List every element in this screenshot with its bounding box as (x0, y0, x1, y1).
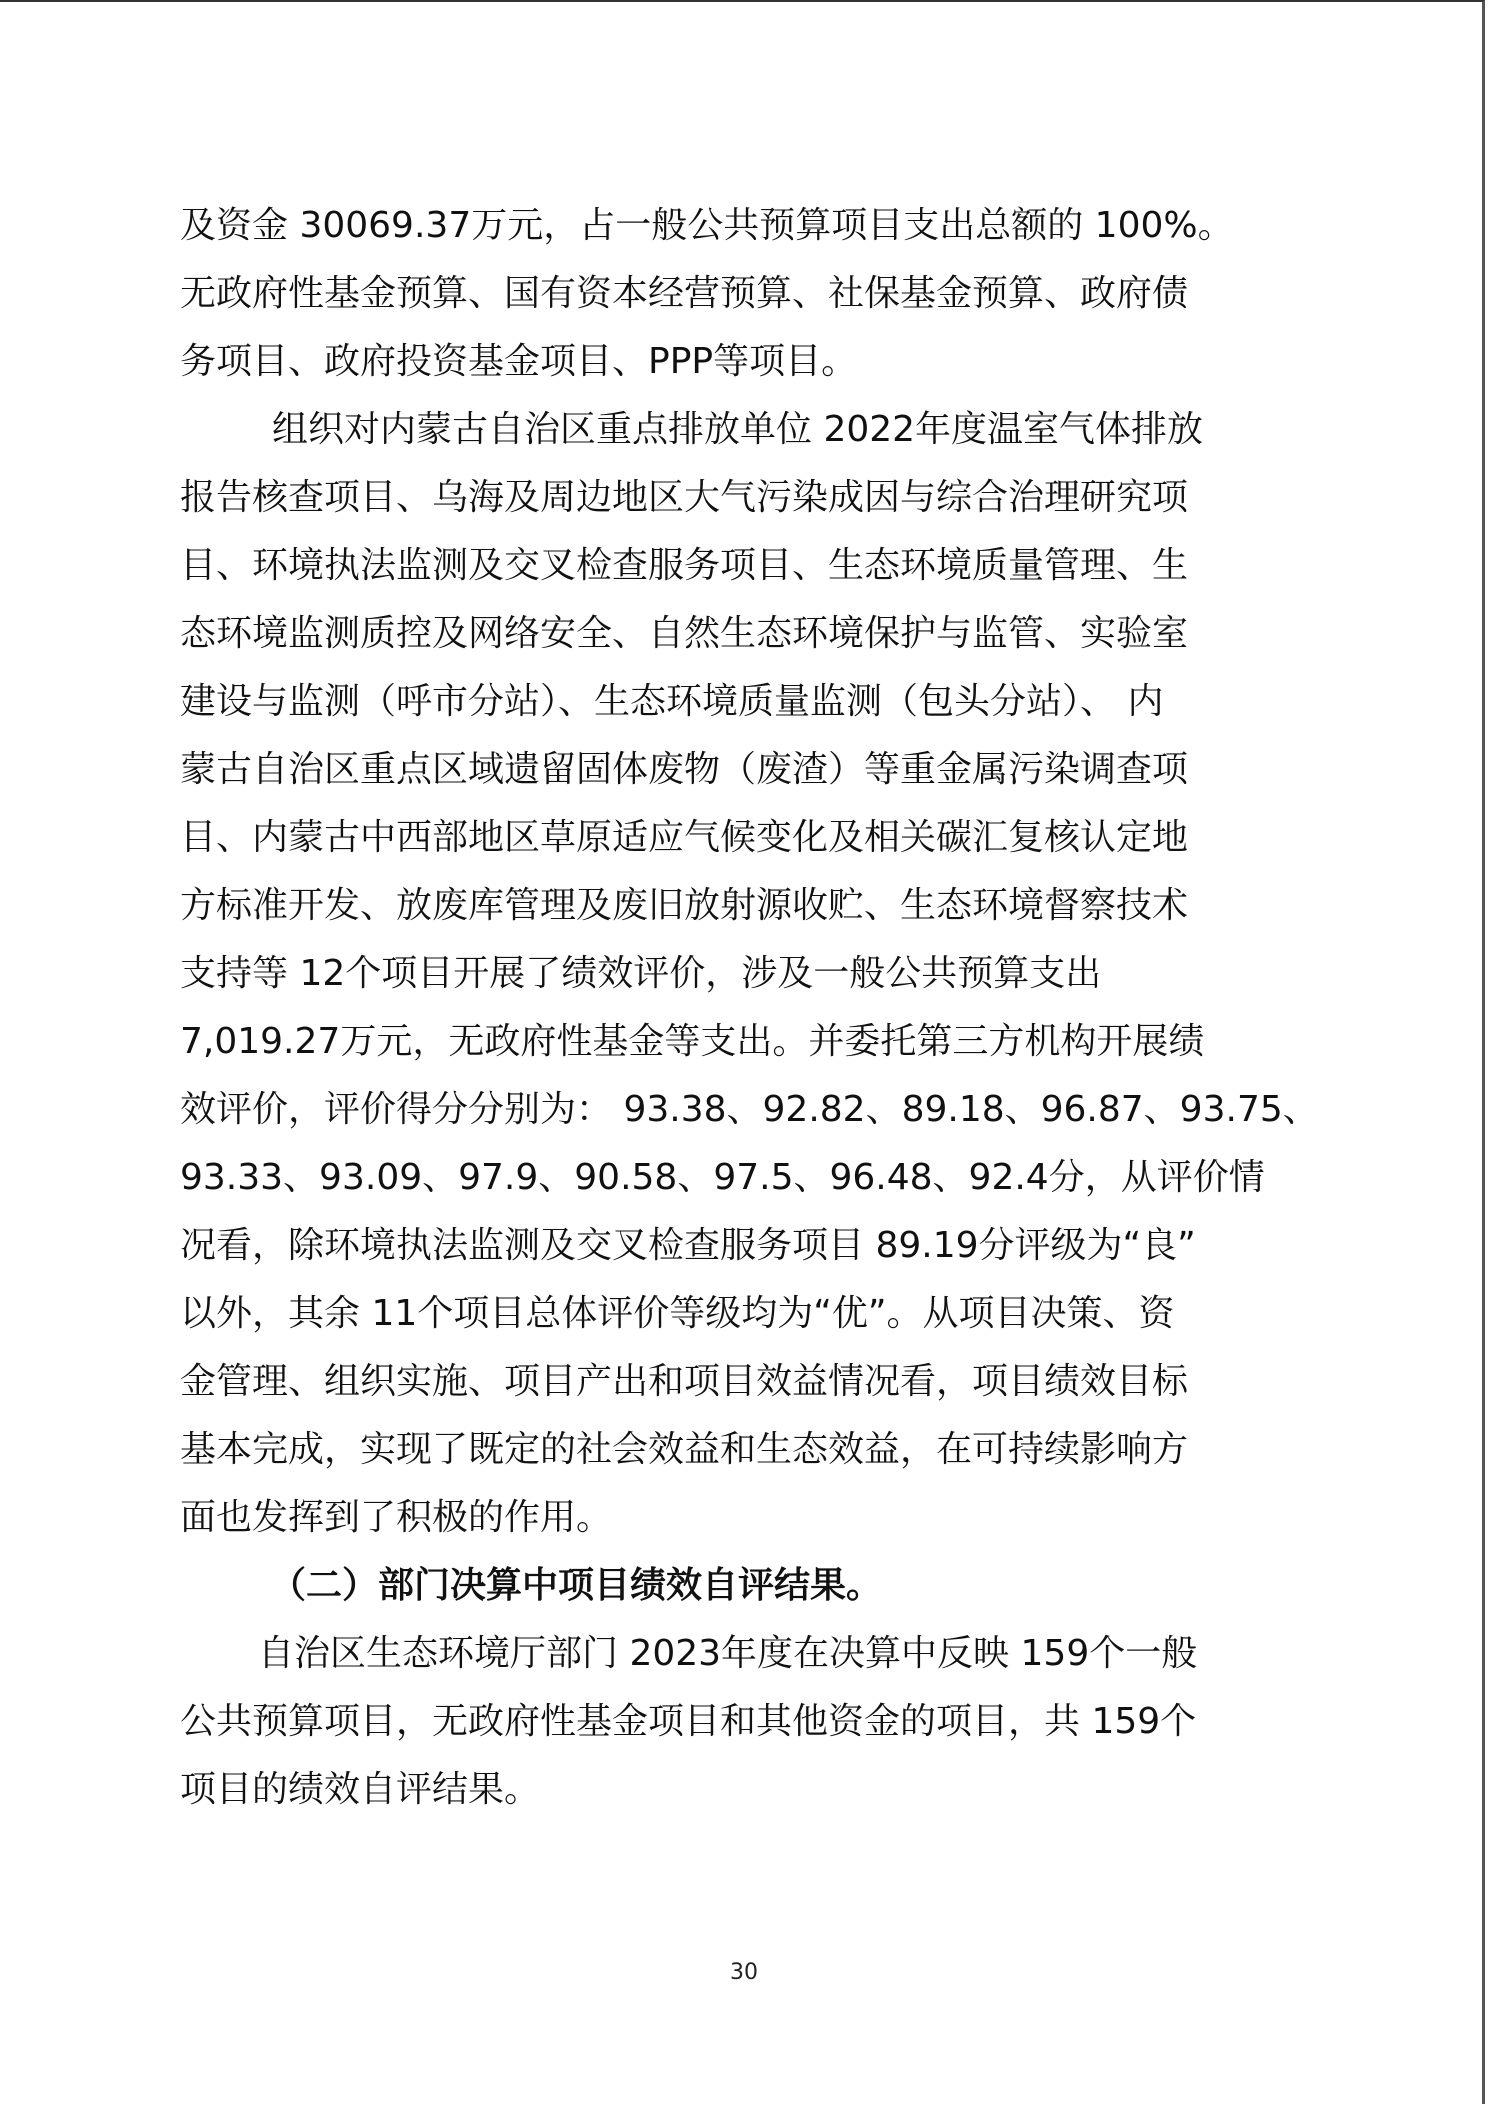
paragraph-line: 93.33、93.09、97.9、90.58、97.5、96.48、92.4分，… (180, 1144, 1310, 1212)
paragraph-line: 7,019.27万元，无政府性基金等支出。并委托第三方机构开展绩 (180, 1008, 1310, 1076)
paragraph-line: 金管理、组织实施、项目产出和项目效益情况看，项目绩效目标 (180, 1348, 1310, 1416)
text-line: 报告核查项目、乌海及周边地区大气污染成因与综合治理研究项 (180, 464, 1188, 532)
paragraph-line: 及资金 30069.37万元，占一般公共预算项目支出总额的 100%。 (180, 192, 1310, 260)
paragraph-line: 态环境监测质控及网络安全、自然生态环境保护与监管、实验室 (180, 600, 1310, 668)
text-line: 及资金 30069.37万元，占一般公共预算项目支出总额的 100%。 (180, 192, 1234, 260)
text-line: 93.33、93.09、97.9、90.58、97.5、96.48、92.4分，… (180, 1144, 1265, 1212)
text-line: 目、环境执法监测及交叉检查服务项目、生态环境质量管理、生 (180, 532, 1188, 600)
paragraph-line: 组织对内蒙古自治区重点排放单位 2022年度温室气体排放 (180, 396, 1310, 464)
text-line: 7,019.27万元，无政府性基金等支出。并委托第三方机构开展绩 (180, 1008, 1204, 1076)
text-line: 自治区生态环境厅部门 2023年度在决算中反映 159个一般 (258, 1620, 1197, 1688)
paragraph-line: 无政府性基金预算、国有资本经营预算、社保基金预算、政府债 (180, 260, 1310, 328)
paragraph-line: 方标准开发、放废库管理及废旧放射源收贮、生态环境督察技术 (180, 872, 1310, 940)
text-line: 公共预算项目，无政府性基金项目和其他资金的项目，共 159个 (180, 1688, 1196, 1756)
heading-text: （二）部门决算中项目绩效自评结果。 (270, 1552, 882, 1620)
paragraph-line: 况看，除环境执法监测及交叉检查服务项目 89.19分评级为“良” (180, 1212, 1310, 1280)
text-line: 效评价，评价得分分别为： 93.38、92.82、89.18、96.87、93.… (180, 1076, 1319, 1144)
text-line: 以外，其余 11个项目总体评价等级均为“优”。从项目决策、资 (180, 1280, 1175, 1348)
paragraph-line: 基本完成，实现了既定的社会效益和生态效益，在可持续影响方 (180, 1416, 1310, 1484)
text-line: 态环境监测质控及网络安全、自然生态环境保护与监管、实验室 (180, 600, 1188, 668)
text-line: 方标准开发、放废库管理及废旧放射源收贮、生态环境督察技术 (180, 872, 1188, 940)
text-line: 基本完成，实现了既定的社会效益和生态效益，在可持续影响方 (180, 1416, 1188, 1484)
paragraph-line: 效评价，评价得分分别为： 93.38、92.82、89.18、96.87、93.… (180, 1076, 1310, 1144)
text-line: 面也发挥到了积极的作用。 (180, 1484, 612, 1552)
text-line: 况看，除环境执法监测及交叉检查服务项目 89.19分评级为“良” (180, 1212, 1196, 1280)
paragraph-line: 建设与监测（呼市分站）、生态环境质量监测（包头分站）、 内 (180, 668, 1310, 736)
paragraph-line: 支持等 12个项目开展了绩效评价，涉及一般公共预算支出 (180, 940, 1310, 1008)
text-line: 目、内蒙古中西部地区草原适应气候变化及相关碳汇复核认定地 (180, 804, 1188, 872)
text-line: 金管理、组织实施、项目产出和项目效益情况看，项目绩效目标 (180, 1348, 1188, 1416)
paragraph-line: 报告核查项目、乌海及周边地区大气污染成因与综合治理研究项 (180, 464, 1310, 532)
text-line: 项目的绩效自评结果。 (180, 1756, 540, 1824)
paragraph-line: 项目的绩效自评结果。 (180, 1756, 1310, 1824)
text-line: 支持等 12个项目开展了绩效评价，涉及一般公共预算支出 (180, 940, 1101, 1008)
text-line: 蒙古自治区重点区域遗留固体废物（废渣）等重金属污染调查项 (180, 736, 1188, 804)
paragraph-line: 公共预算项目，无政府性基金项目和其他资金的项目，共 159个 (180, 1688, 1310, 1756)
text-line: 务项目、政府投资基金项目、PPP等项目。 (180, 328, 857, 396)
section-heading: （二）部门决算中项目绩效自评结果。 (180, 1552, 1310, 1620)
text-line: 无政府性基金预算、国有资本经营预算、社保基金预算、政府债 (180, 260, 1188, 328)
text-line: 组织对内蒙古自治区重点排放单位 2022年度温室气体排放 (272, 396, 1203, 464)
paragraph-line: 面也发挥到了积极的作用。 (180, 1484, 1310, 1552)
body-text: 及资金 30069.37万元，占一般公共预算项目支出总额的 100%。 无政府性… (180, 192, 1310, 1824)
page-number: 30 (0, 1960, 1488, 1985)
paragraph-line: 自治区生态环境厅部门 2023年度在决算中反映 159个一般 (180, 1620, 1310, 1688)
paragraph-line: 蒙古自治区重点区域遗留固体废物（废渣）等重金属污染调查项 (180, 736, 1310, 804)
text-line: 建设与监测（呼市分站）、生态环境质量监测（包头分站）、 内 (180, 668, 1163, 736)
paragraph-line: 目、内蒙古中西部地区草原适应气候变化及相关碳汇复核认定地 (180, 804, 1310, 872)
paragraph-line: 务项目、政府投资基金项目、PPP等项目。 (180, 328, 1310, 396)
paragraph-line: 以外，其余 11个项目总体评价等级均为“优”。从项目决策、资 (180, 1280, 1310, 1348)
paragraph-line: 目、环境执法监测及交叉检查服务项目、生态环境质量管理、生 (180, 532, 1310, 600)
document-page: 及资金 30069.37万元，占一般公共预算项目支出总额的 100%。 无政府性… (0, 0, 1485, 2104)
